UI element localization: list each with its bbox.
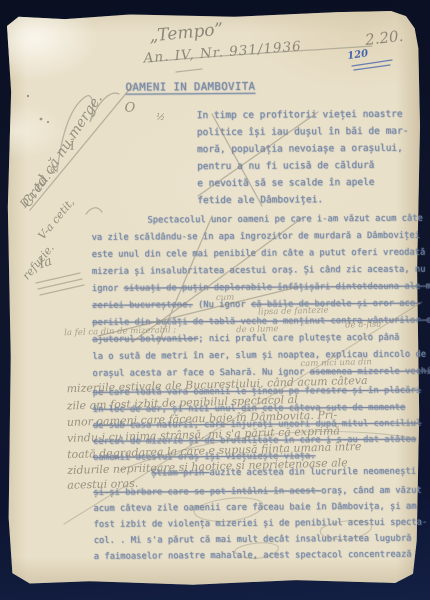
editor-loop-1 <box>194 498 263 522</box>
monogram-flourish <box>57 93 119 172</box>
margin-squiggle <box>86 208 102 214</box>
ink-speck-3 <box>27 95 29 97</box>
margin-triple-underline <box>36 273 84 295</box>
epigraph-cross-stroke-1 <box>198 112 318 196</box>
faint-wave-stroke <box>120 432 416 470</box>
masthead-underline <box>148 46 372 62</box>
editor-loop-3 <box>235 543 278 559</box>
body-cross-stroke-1 <box>132 218 302 342</box>
pencil-strokes-overlay <box>0 0 430 600</box>
photograph-of-manuscript: „Tempo” An. IV, Nr. 931/1936 2.20. 120 C… <box>0 0 430 600</box>
body-cross-stroke-2 <box>158 216 212 344</box>
epigraph-cross-stroke-2 <box>212 114 262 206</box>
monogram-tail-stroke <box>30 85 133 210</box>
blue-number-underline <box>352 60 392 70</box>
editor-loop-2 <box>320 521 371 540</box>
long-diagonal-stroke <box>64 302 422 524</box>
ink-speck-1 <box>40 118 43 121</box>
issue-underline <box>176 69 202 72</box>
ink-speck-2 <box>47 121 49 123</box>
